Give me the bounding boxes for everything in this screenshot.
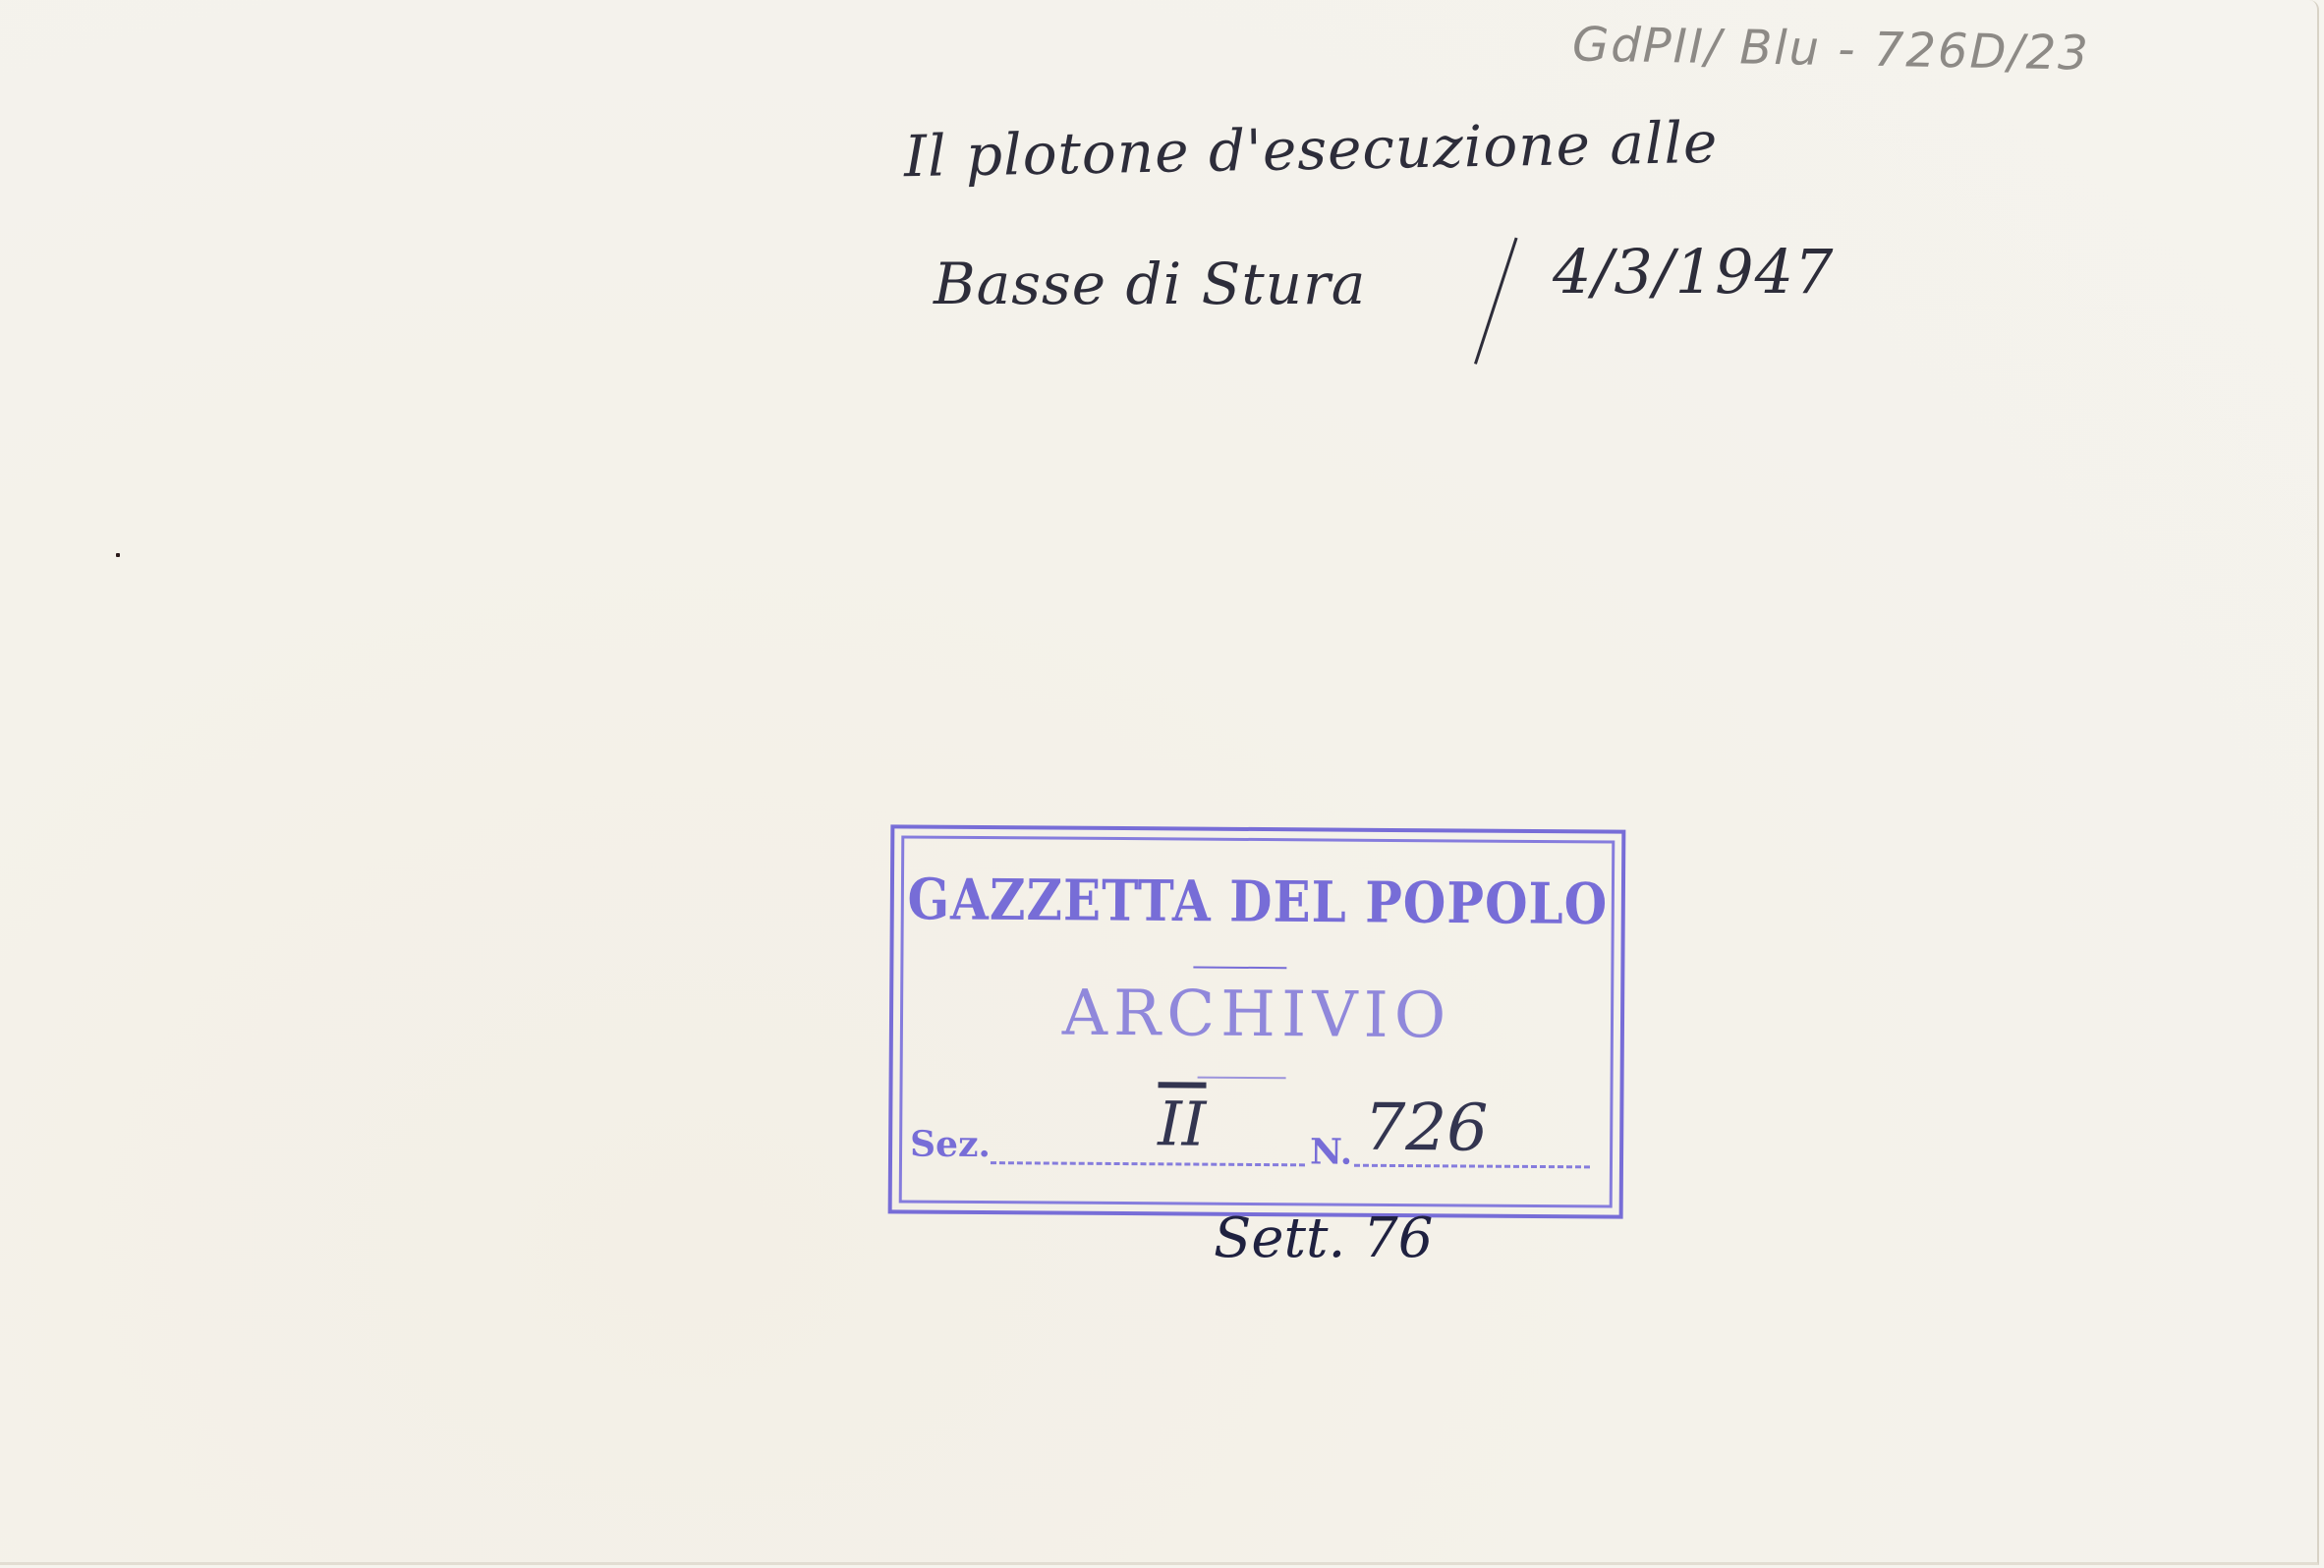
caption-date: 4/3/1947 xyxy=(1553,236,1834,308)
archive-stamp: GAZZETTA DEL POPOLO ARCHIVIO Sez. II N. … xyxy=(888,824,1626,1218)
caption-line-1: Il plotone d'esecuzione alle xyxy=(903,109,1718,190)
stamp-n-value: 726 xyxy=(1364,1090,1489,1166)
stamp-subtitle: ARCHIVIO xyxy=(893,976,1620,1053)
stamp-title: GAZZETTA DEL POPOLO xyxy=(894,866,1621,937)
ink-speck xyxy=(116,553,120,557)
stamp-sez-value: II xyxy=(1158,1088,1206,1159)
caption-line-2: Basse di Stura xyxy=(934,251,1366,317)
photo-back-sheet: GdPII/ Blu - 726D/23 Il plotone d'esecuz… xyxy=(0,0,2319,1565)
stamp-divider-small xyxy=(1198,1077,1286,1080)
caption-separator-slash xyxy=(1474,238,1518,364)
stamp-n-label: N. xyxy=(1310,1131,1352,1172)
stamp-sez-dotted-line xyxy=(991,1161,1305,1166)
stamp-divider xyxy=(1193,967,1286,970)
settimana-annotation: Sett. 76 xyxy=(1214,1206,1433,1270)
pencil-archive-reference: GdPII/ Blu - 726D/23 xyxy=(1572,17,2091,81)
stamp-sez-label: Sez. xyxy=(910,1124,991,1166)
